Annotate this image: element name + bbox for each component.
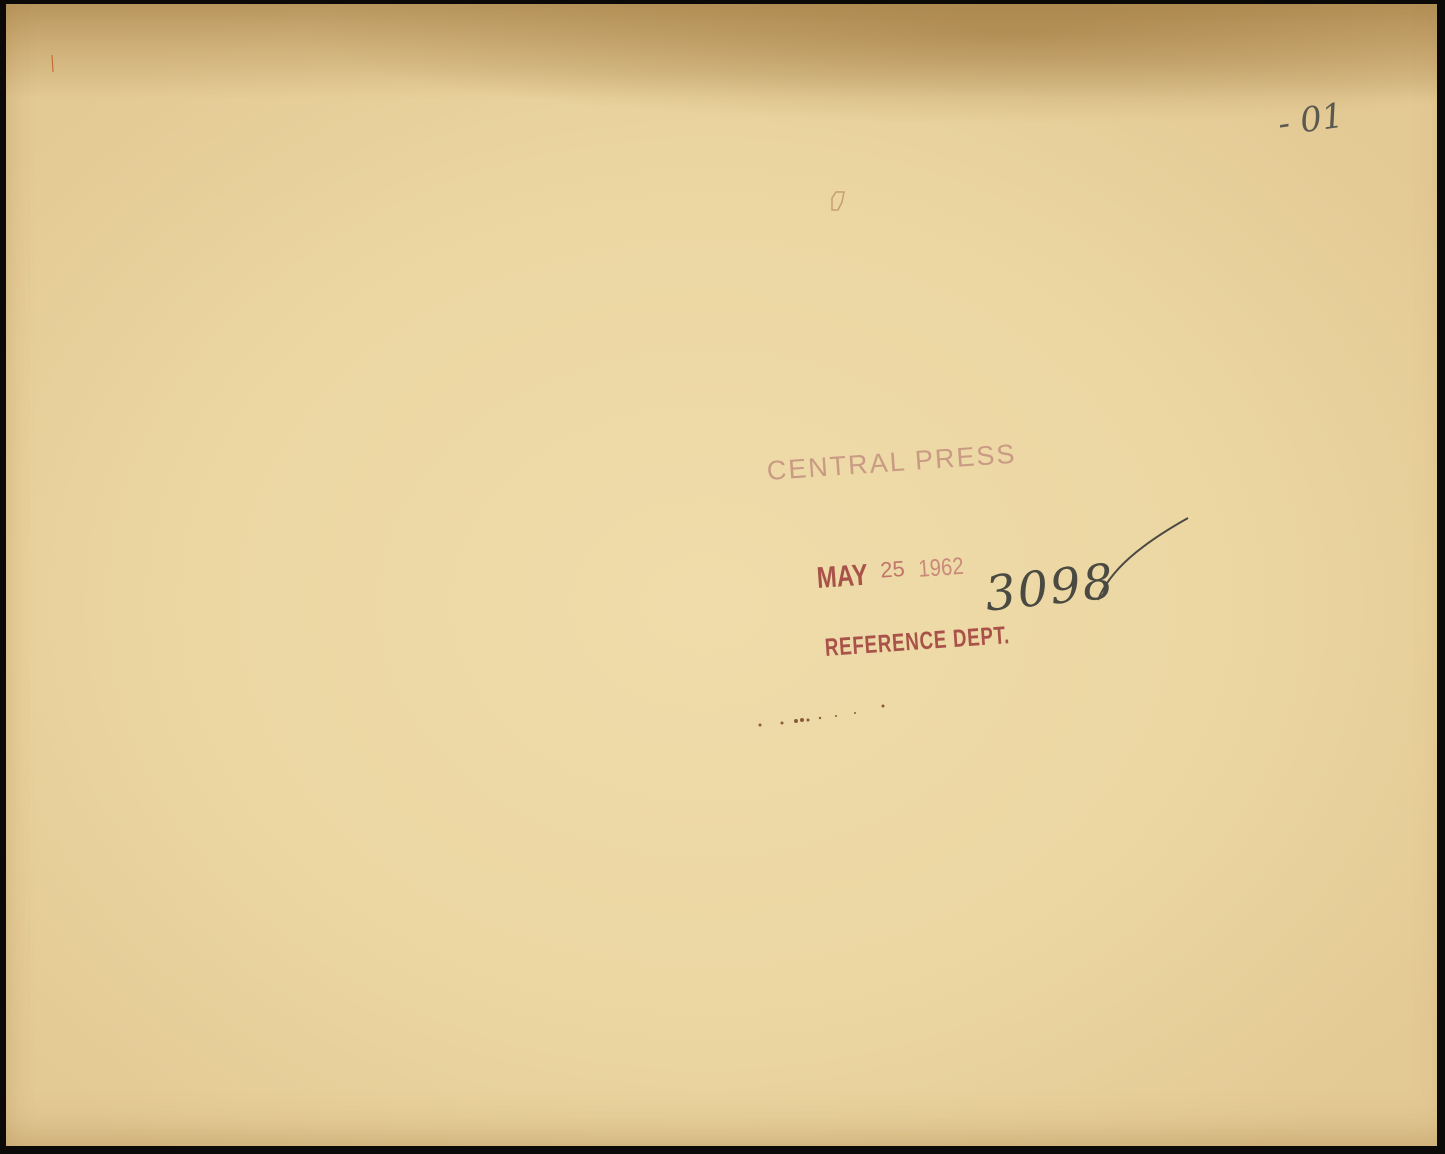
edge-scratch-mark: [52, 55, 53, 72]
faint-blot-mark: [832, 192, 844, 210]
pencil-flourish-stroke: [1098, 518, 1188, 600]
pencil-marks-overlay: [0, 0, 1445, 1154]
dotted-ink-remnant: [759, 705, 885, 727]
